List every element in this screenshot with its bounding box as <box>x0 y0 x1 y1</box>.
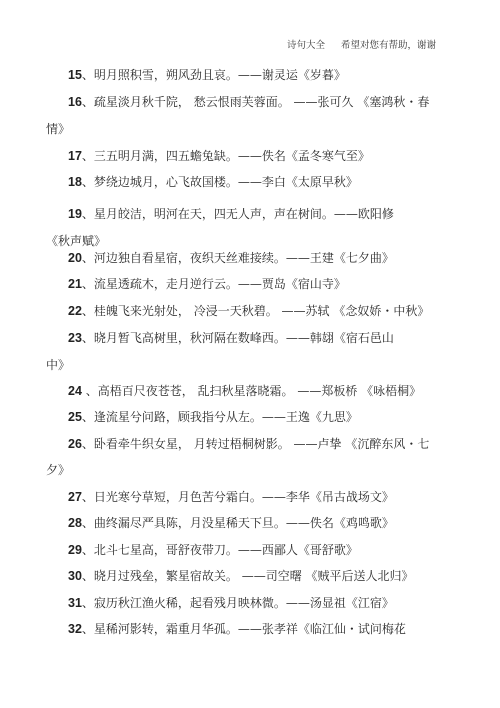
poem-line: 22、桂魄飞来光射处， 冷浸一天秋碧。 ——苏轼 《念奴娇・中秋》 <box>68 303 429 319</box>
line-number: 21 <box>68 277 82 291</box>
poem-line: 23、晓月暂飞高树里，秋河隔在数峰西。——韩翃《宿石邑山 <box>68 330 394 346</box>
poem-line-continuation: 中》 <box>46 357 70 373</box>
line-text: 中》 <box>46 358 70 372</box>
poem-line: 29、北斗七星高，哥舒夜带刀。——西鄙人《哥舒歌》 <box>68 542 358 558</box>
line-text: 、疏星淡月秋千院， 愁云恨雨芙蓉面。 ——张可久 《塞鸿秋・春 <box>82 95 429 109</box>
line-number: 18 <box>68 175 82 189</box>
poem-line: 26、卧看牵牛织女星， 月转过梧桐树影。 ——卢挚 《沉醉东风・七 <box>68 436 429 452</box>
line-number: 30 <box>68 569 82 583</box>
line-text: 、寂历秋江渔火稀，起看残月映林微。——汤显祖《江宿》 <box>82 596 394 610</box>
poem-line: 32、星稀河影转，霜重月华孤。——张孝祥《临江仙・试问梅花 <box>68 621 406 637</box>
header-message: 希望对您有帮助，谢谢 <box>341 40 436 51</box>
line-text: 、晓月暂飞高树里，秋河隔在数峰西。——韩翃《宿石邑山 <box>82 331 394 345</box>
line-text: 、高梧百尺夜苍苍， 乱扫秋星落晓霜。 ——郑板桥 《咏梧桐》 <box>82 384 421 398</box>
poem-line: 31、寂历秋江渔火稀，起看残月映林微。——汤显祖《江宿》 <box>68 595 394 611</box>
line-number: 20 <box>68 251 82 265</box>
line-number: 15 <box>68 68 82 82</box>
line-text: 夕》 <box>46 463 70 477</box>
poem-line: 18、梦绕边城月，心飞故国楼。——李白《太原早秋》 <box>68 174 358 190</box>
line-text: 、三五明月满，四五蟾兔缺。——佚名《孟冬寒气至》 <box>82 149 370 163</box>
poem-line-continuation: 夕》 <box>46 462 70 478</box>
line-text: 、明月照积雪，朔风劲且哀。——谢灵运《岁暮》 <box>82 68 346 82</box>
line-text: 、北斗七星高，哥舒夜带刀。——西鄙人《哥舒歌》 <box>82 543 358 557</box>
line-text: 、梦绕边城月，心飞故国楼。——李白《太原早秋》 <box>82 175 358 189</box>
line-number: 17 <box>68 149 82 163</box>
poem-line-continuation: 《秋声赋》 <box>46 233 106 249</box>
line-text: 、晓月过残垒，繁星宿故关。 ——司空曙 《贼平后送人北归》 <box>82 569 414 583</box>
line-text: 《秋声赋》 <box>46 234 106 248</box>
poem-line: 16、疏星淡月秋千院， 愁云恨雨芙蓉面。 ——张可久 《塞鸿秋・春 <box>68 94 429 110</box>
poem-line: 27、日光寒兮草短，月色苦兮霜白。——李华《吊古战场文》 <box>68 489 394 505</box>
poem-line: 21、流星透疏木，走月逆行云。——贾岛《宿山寺》 <box>68 276 346 292</box>
line-number: 28 <box>68 516 82 530</box>
line-text: 、星月皎洁，明河在天，四无人声，声在树间。——欧阳修 <box>82 207 394 221</box>
poem-line-continuation: 情》 <box>46 121 70 137</box>
poem-line: 30、晓月过残垒，繁星宿故关。 ——司空曙 《贼平后送人北归》 <box>68 568 414 584</box>
line-text: 、日光寒兮草短，月色苦兮霜白。——李华《吊古战场文》 <box>82 490 394 504</box>
line-number: 27 <box>68 490 82 504</box>
line-number: 32 <box>68 622 82 636</box>
poem-line: 20、河边独自看星宿，夜织天丝难接续。——王建《七夕曲》 <box>68 250 394 266</box>
poem-line: 25、逢流星兮问路，顾我指兮从左。——王逸《九思》 <box>68 409 358 425</box>
line-text: 、星稀河影转，霜重月华孤。——张孝祥《临江仙・试问梅花 <box>82 622 406 636</box>
line-text: 、曲终漏尽严具陈，月没星稀天下旦。——佚名《鸡鸣歌》 <box>82 516 394 530</box>
line-number: 26 <box>68 437 82 451</box>
line-text: 、流星透疏木，走月逆行云。——贾岛《宿山寺》 <box>82 277 346 291</box>
line-text: 情》 <box>46 122 70 136</box>
poem-line: 24 、高梧百尺夜苍苍， 乱扫秋星落晓霜。 ——郑板桥 《咏梧桐》 <box>68 383 421 399</box>
page-header: 诗句大全希望对您有帮助，谢谢 <box>287 37 436 51</box>
header-site-name: 诗句大全 <box>287 40 325 51</box>
poem-line: 19、星月皎洁，明河在天，四无人声，声在树间。——欧阳修 <box>68 206 394 222</box>
line-text: 、逢流星兮问路，顾我指兮从左。——王逸《九思》 <box>82 410 358 424</box>
line-text: 、桂魄飞来光射处， 冷浸一天秋碧。 ——苏轼 《念奴娇・中秋》 <box>82 304 429 318</box>
line-number: 23 <box>68 331 82 345</box>
line-number: 19 <box>68 207 82 221</box>
line-text: 、河边独自看星宿，夜织天丝难接续。——王建《七夕曲》 <box>82 251 394 265</box>
line-number: 25 <box>68 410 82 424</box>
line-number: 24 <box>68 384 82 398</box>
poem-line: 28、曲终漏尽严具陈，月没星稀天下旦。——佚名《鸡鸣歌》 <box>68 515 394 531</box>
line-number: 16 <box>68 95 82 109</box>
line-text: 、卧看牵牛织女星， 月转过梧桐树影。 ——卢挚 《沉醉东风・七 <box>82 437 429 451</box>
line-number: 31 <box>68 596 82 610</box>
poem-line: 15、明月照积雪，朔风劲且哀。——谢灵运《岁暮》 <box>68 67 346 83</box>
line-number: 22 <box>68 304 82 318</box>
line-number: 29 <box>68 543 82 557</box>
poem-line: 17、三五明月满，四五蟾兔缺。——佚名《孟冬寒气至》 <box>68 148 370 164</box>
